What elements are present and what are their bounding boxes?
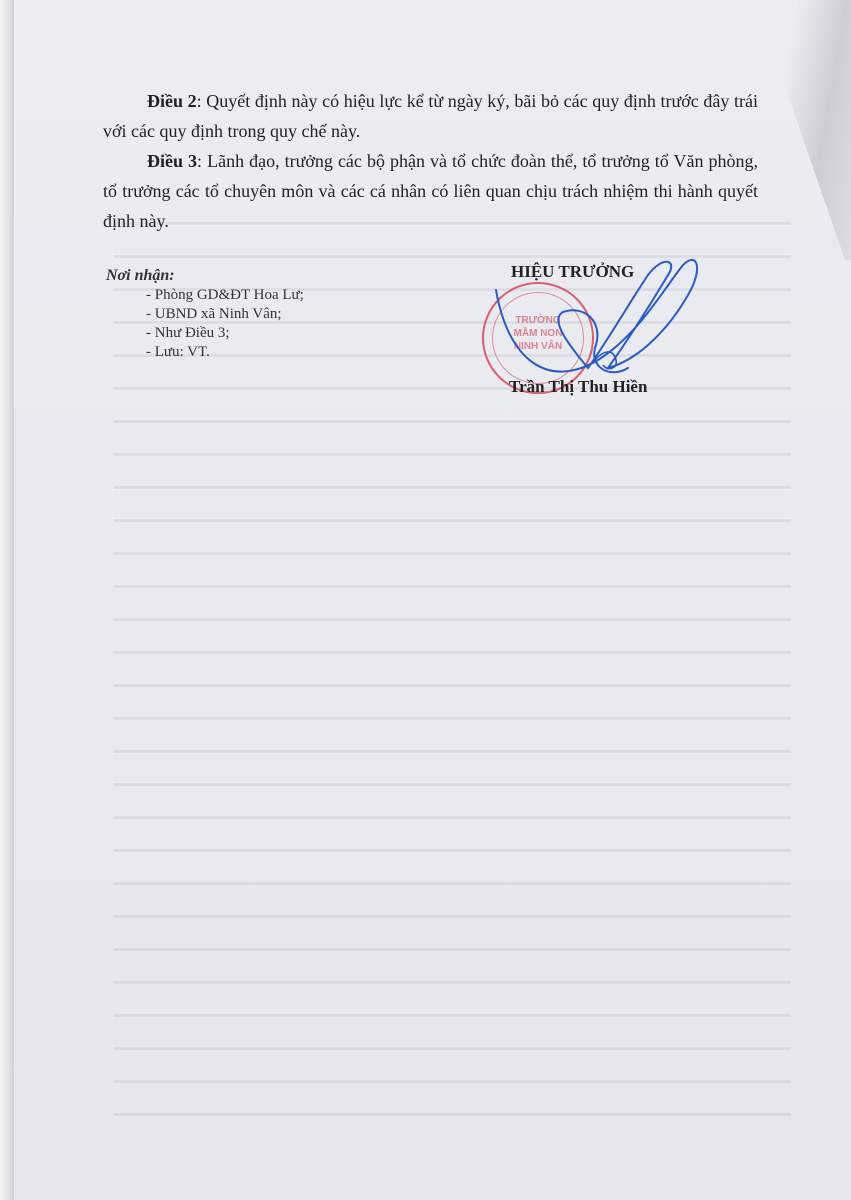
article-2-text: : Quyết định này có hiệu lực kể từ ngày …: [103, 91, 758, 141]
article-3-text: : Lãnh đạo, trưởng các bộ phận và tổ chứ…: [103, 151, 758, 231]
article-3: Điều 3: Lãnh đạo, trưởng các bộ phận và …: [103, 146, 758, 236]
recipients-list: - Phòng GD&ĐT Hoa Lư; - UBND xã Ninh Vân…: [146, 286, 304, 362]
recipients-label: Nơi nhận:: [106, 266, 304, 285]
recipient-item: - Phòng GD&ĐT Hoa Lư;: [146, 286, 304, 305]
document-content: Điều 2: Quyết định này có hiệu lực kể từ…: [0, 0, 851, 1200]
signer-name: Trần Thị Thu Hiền: [509, 377, 647, 397]
recipient-item: - Như Điều 3;: [146, 324, 304, 343]
article-2: Điều 2: Quyết định này có hiệu lực kể từ…: [103, 86, 758, 146]
article-2-label: Điều 2: [147, 91, 197, 111]
recipient-item: - Lưu: VT.: [146, 343, 304, 362]
recipients-block: Nơi nhận: - Phòng GD&ĐT Hoa Lư; - UBND x…: [106, 266, 304, 362]
recipient-item: - UBND xã Ninh Vân;: [146, 305, 304, 324]
article-3-label: Điều 3: [147, 151, 197, 171]
